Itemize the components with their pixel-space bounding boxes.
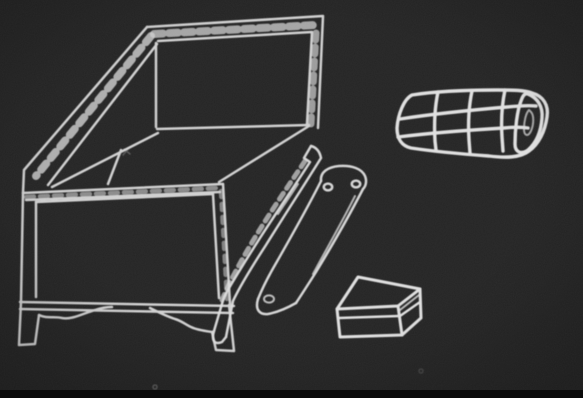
vignette-overlay — [0, 0, 583, 398]
illustration-canvas — [0, 0, 583, 398]
bottom-border — [0, 390, 583, 398]
scanned-illustration — [0, 0, 583, 398]
